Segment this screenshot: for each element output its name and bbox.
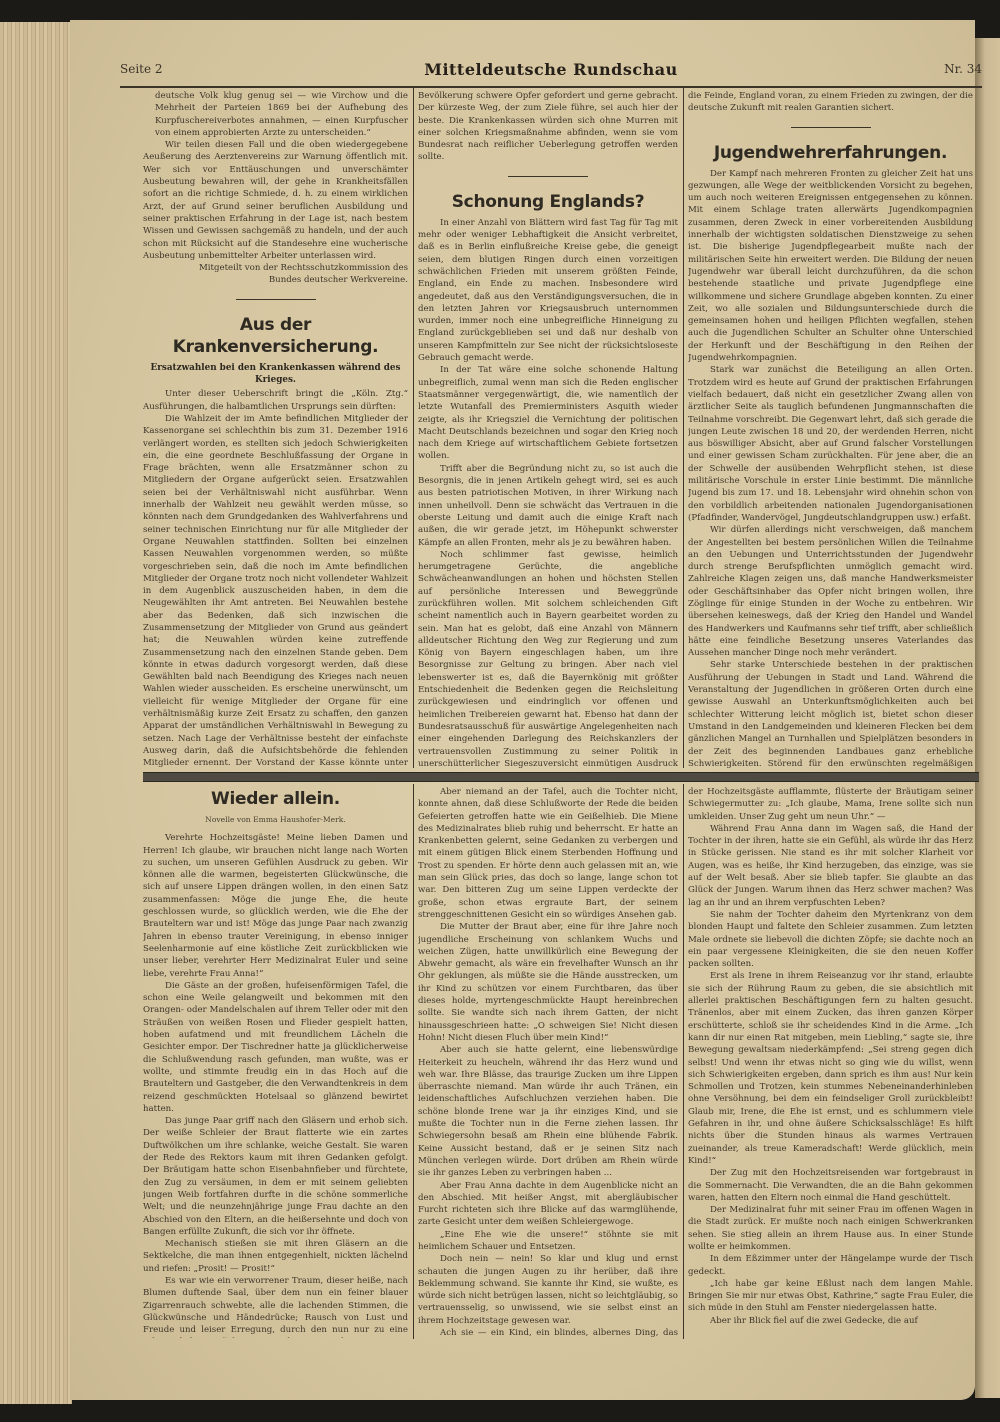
paragraph: Der Zug mit den Hochzeitsreisenden war f… xyxy=(688,1167,973,1204)
paragraph: In dem Eßzimmer unter der Hängelampe wur… xyxy=(688,1253,973,1278)
novella-title: Wieder allein. xyxy=(143,788,408,810)
book-page-edges xyxy=(0,22,72,1404)
novella-column-2: Aber niemand an der Tafel, auch die Toch… xyxy=(418,786,678,1338)
paragraph: der Hochzeitsgäste aufflammte, flüsterte… xyxy=(688,786,973,823)
paragraph: Verehrte Hochzeitsgäste! Meine lieben Da… xyxy=(143,832,408,980)
novella-column-1: Wieder allein. Novelle von Emma Haushofe… xyxy=(143,786,408,1338)
paragraph: Wir teilen diesen Fall und die oben wied… xyxy=(143,139,408,262)
section-divider xyxy=(791,127,871,128)
novella-byline: Novelle von Emma Haushofer-Merk. xyxy=(143,814,408,826)
paragraph: Erst als Irene in ihrem Reiseanzug vor i… xyxy=(688,970,973,1167)
paragraph: Der Kampf nach mehreren Fronten zu gleic… xyxy=(688,168,973,365)
paragraph: Das junge Paar griff nach den Gläsern un… xyxy=(143,1115,408,1238)
novella-column-3: der Hochzeitsgäste aufflammte, flüsterte… xyxy=(688,786,973,1338)
article-headline: Aus der Krankenversicherung. xyxy=(143,314,408,358)
section-divider xyxy=(236,299,316,300)
paragraph: Die Gäste an der großen, hufeisenförmige… xyxy=(143,980,408,1115)
top-column-2: Bevölkerung schwere Opfer gefordert und … xyxy=(418,90,678,768)
article-signoff: Mitgeteilt von der Rechtsschutzkommissio… xyxy=(143,262,408,287)
paragraph: Die Mutter der Braut aber, eine für ihre… xyxy=(418,921,678,1044)
paragraph: „Ich habe gar keine Eßlust nach dem lang… xyxy=(688,1278,973,1315)
paragraph: Wir dürfen allerdings nicht verschweigen… xyxy=(688,524,973,659)
top-column-3: die Feinde, England voran, zu einem Frie… xyxy=(688,90,973,768)
paragraph: Aber Frau Anna dachte in dem Augenblicke… xyxy=(418,1180,678,1229)
paragraph: Der Medizinalrat fuhr mit seiner Frau im… xyxy=(688,1204,973,1253)
paragraph: Trifft aber die Begründung nicht zu, so … xyxy=(418,463,678,549)
paragraph: Sie nahm der Tochter daheim den Myrtenkr… xyxy=(688,909,973,970)
paragraph: Aber auch sie hatte gelernt, eine lieben… xyxy=(418,1044,678,1179)
column-rule xyxy=(683,88,684,768)
paragraph: Unter dieser Ueberschrift bringt die „Kö… xyxy=(143,388,408,413)
feuilleton-divider xyxy=(143,772,979,782)
article-headline: Schonung Englands? xyxy=(418,191,678,213)
top-column-1: deutsche Volk klug genug sei — wie Virch… xyxy=(143,90,408,768)
paragraph: Die Wahlzeit der im Amte befindlichen Mi… xyxy=(143,413,408,768)
column-rule xyxy=(683,784,684,1339)
paragraph: deutsche Volk klug genug sei — wie Virch… xyxy=(143,90,408,139)
article-headline: Jugendwehrerfahrungen. xyxy=(688,142,973,164)
paragraph: Während Frau Anna dann im Wagen saß, die… xyxy=(688,823,973,909)
paragraph: Aber niemand an der Tafel, auch die Toch… xyxy=(418,786,678,921)
paragraph: In einer Anzahl von Blättern wird fast T… xyxy=(418,217,678,365)
paragraph: Es war wie ein verworrener Traum, dieser… xyxy=(143,1275,408,1338)
column-rule xyxy=(413,88,414,768)
section-divider xyxy=(508,176,588,177)
paragraph: Sehr starke Unterschiede bestehen in der… xyxy=(688,659,973,768)
paragraph: „Eine Ehe wie die unsere!“ stöhnte sie m… xyxy=(418,1229,678,1254)
paragraph: In der Tat wäre eine solche schonende Ha… xyxy=(418,364,678,462)
paragraph: Noch schlimmer fast gewisse, heimlich he… xyxy=(418,549,678,768)
paragraph: Aber ihr Blick fiel auf die zwei Gedecke… xyxy=(688,1315,973,1327)
column-rule xyxy=(413,784,414,1339)
paragraph: Mechanisch stießen sie mit ihren Gläsern… xyxy=(143,1238,408,1275)
facing-page-edge xyxy=(975,38,1000,1398)
paragraph: Stark war zunächst die Beteiligung an al… xyxy=(688,364,973,524)
paragraph: die Feinde, England voran, zu einem Frie… xyxy=(688,90,973,115)
masthead: Mitteldeutsche Rundschau xyxy=(120,60,982,79)
page-header: Seite 2 Mitteldeutsche Rundschau Nr. 34 xyxy=(120,60,982,88)
paragraph: Ach sie — ein Kind, ein blindes, alberne… xyxy=(418,1327,678,1338)
paragraph: Doch nein — nein! So klar und klug und e… xyxy=(418,1253,678,1327)
issue-number: Nr. 34 xyxy=(944,62,982,76)
paragraph: Bevölkerung schwere Opfer gefordert und … xyxy=(418,90,678,164)
article-subheadline: Ersatzwahlen bei den Krankenkassen währe… xyxy=(143,362,408,387)
